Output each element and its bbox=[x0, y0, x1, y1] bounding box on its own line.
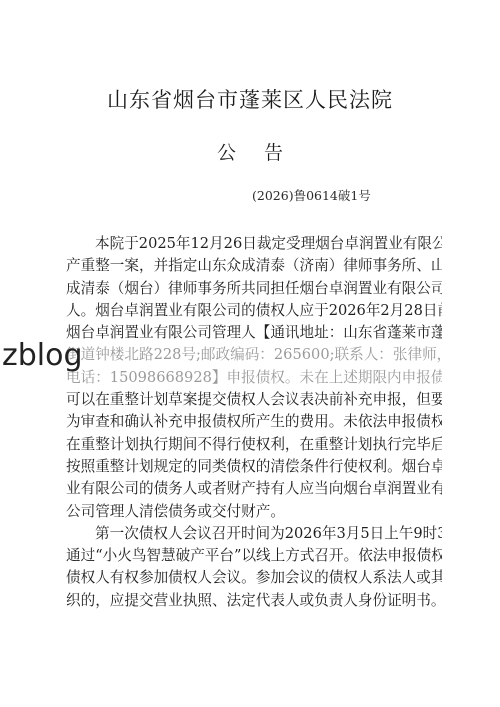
notice-title: 公 告 bbox=[0, 138, 500, 165]
text-line: 按照重整计划规定的同类债权的清偿条件行使权利。烟台卓润置 bbox=[66, 456, 442, 478]
text-line: 烟台卓润置业有限公司管理人【通讯地址：山东省蓬莱市蓬莱阁 bbox=[66, 322, 442, 344]
text-line: 成清泰（烟台）律师事务所共同担任烟台卓润置业有限公司管理 bbox=[66, 278, 442, 300]
text-line: 为审查和确认补充申报债权所产生的费用。未依法申报债权的， bbox=[66, 411, 442, 433]
text-line: 可以在重整计划草案提交债权人会议表决前补充申报，但要承担 bbox=[66, 389, 442, 411]
text-line: 织的，应提交营业执照、法定代表人或负责人身份证明书。如委 bbox=[66, 590, 442, 612]
text-line: 公司管理人清偿债务或交付财产。 bbox=[66, 501, 442, 523]
text-line: 通过“小火鸟智慧破产平台”以线上方式召开。依法申报债权的 bbox=[66, 545, 442, 567]
text-line: 债权人有权参加债权人会议。参加会议的债权人系法人或其他组 bbox=[66, 567, 442, 589]
case-number: (2026)鲁0614破1号 bbox=[252, 186, 371, 204]
text-line: 业有限公司的债务人或者财产持有人应当向烟台卓润置业有限 bbox=[66, 478, 442, 500]
text-line: 电话：15098668928】申报债权。未在上述期限内申报债权的， bbox=[66, 367, 442, 389]
paragraph-1: 本院于2025年12月26日裁定受理烟台卓润置业有限公司破 产重整一案，并指定山… bbox=[66, 233, 442, 523]
text-line: 街道钟楼北路228号;邮政编码：265600;联系人：张律师，联系 bbox=[66, 344, 442, 366]
text-line: 产重整一案，并指定山东众成清泰（济南）律师事务所、山东众 bbox=[66, 255, 442, 277]
text-line: 人。烟台卓润置业有限公司的债权人应于2026年2月28日前，向 bbox=[66, 300, 442, 322]
text-line: 在重整计划执行期间不得行使权利，在重整计划执行完毕后可以 bbox=[66, 434, 442, 456]
notice-body: 本院于2025年12月26日裁定受理烟台卓润置业有限公司破 产重整一案，并指定山… bbox=[66, 233, 442, 612]
text-line: 第一次债权人会议召开时间为2026年3月5日上午9时30分， bbox=[66, 523, 442, 545]
paragraph-2: 第一次债权人会议召开时间为2026年3月5日上午9时30分， 通过“小火鸟智慧破… bbox=[66, 523, 442, 612]
court-name: 山东省烟台市蓬莱区人民法院 bbox=[0, 84, 500, 114]
text-line: 本院于2025年12月26日裁定受理烟台卓润置业有限公司破 bbox=[66, 233, 442, 255]
watermark: zblog bbox=[2, 338, 83, 373]
